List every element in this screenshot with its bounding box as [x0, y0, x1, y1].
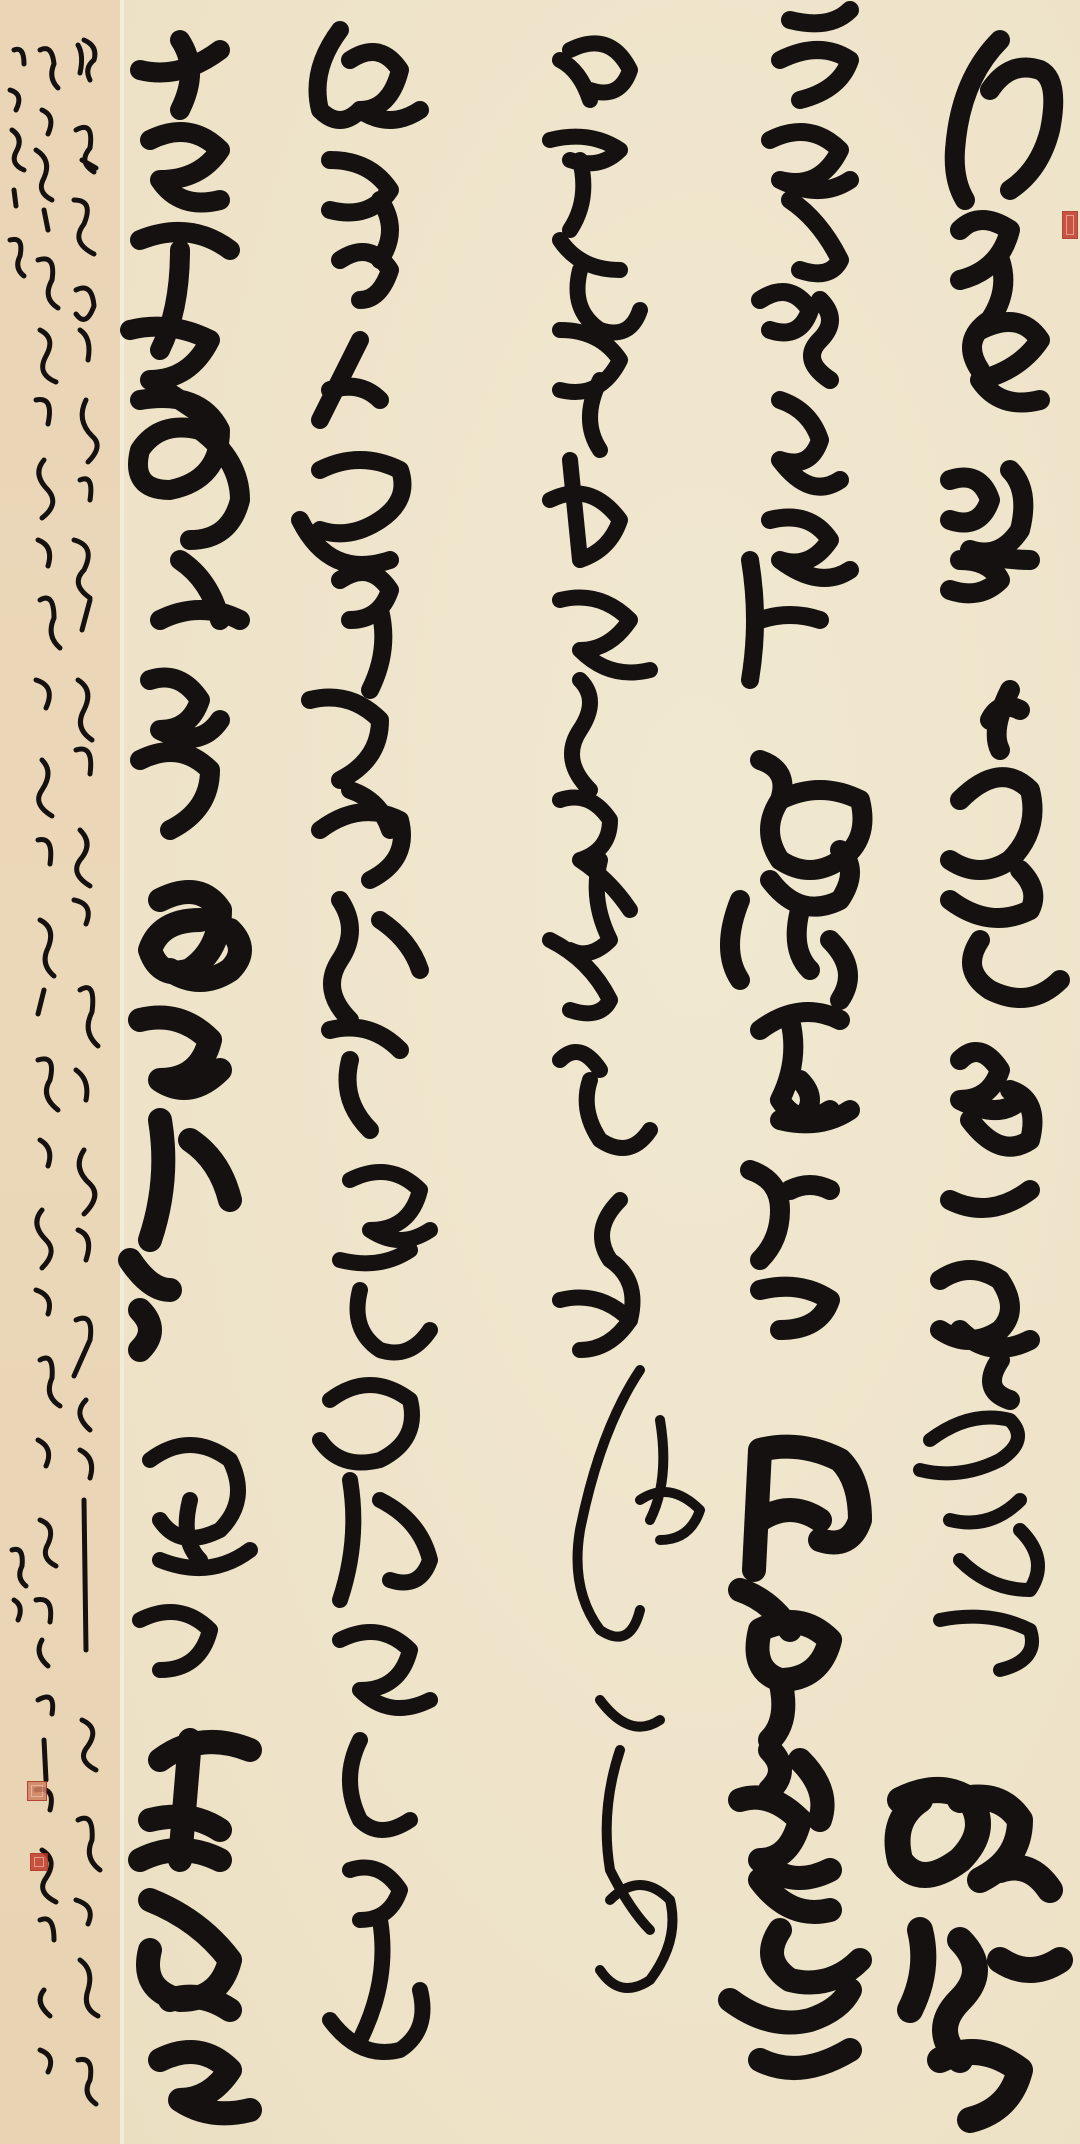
main-calligraphy: [0, 0, 1080, 2144]
calligraphy-scroll: [0, 0, 1080, 2144]
seal-top-right: [1062, 211, 1078, 239]
seal-inscription-upper: [27, 1781, 47, 1801]
seal-inscription-lower: [30, 1853, 48, 1871]
